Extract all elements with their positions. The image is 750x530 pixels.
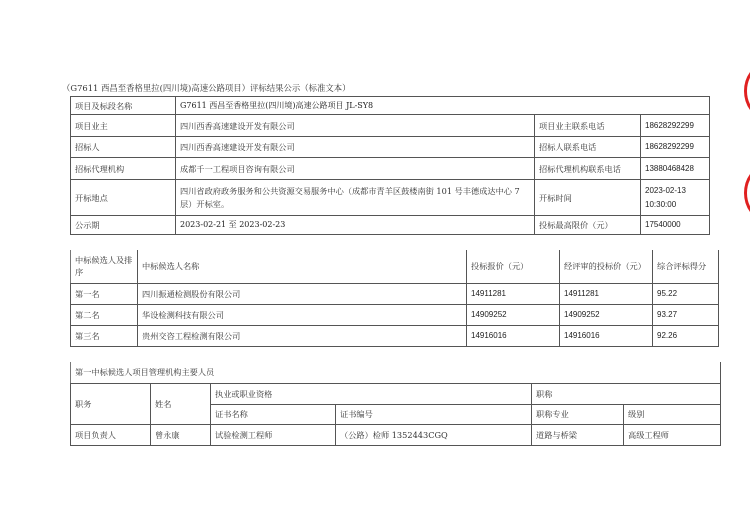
row-owner: 项目业主 四川西香高速建设开发有限公司 项目业主联系电话 18628292299 (71, 115, 710, 137)
owner-value: 四川西香高速建设开发有限公司 (176, 115, 535, 137)
person-level: 高级工程师 (624, 424, 721, 445)
row-project-name: 项目及标段名称 G7611 西昌至香格里拉(四川境)高速公路项目 JL-SY8 (71, 97, 710, 115)
candidate-score: 93.27 (653, 304, 719, 325)
candidate-reviewed: 14911281 (560, 283, 653, 304)
personnel-section-title: 第一中标候选人项目管理机构主要人员 (71, 362, 721, 383)
opening-place-label: 开标地点 (71, 180, 176, 216)
project-name-label: 项目及标段名称 (71, 97, 176, 115)
opening-time-value: 2023-02-13 10:30:00 (641, 180, 710, 216)
person-position: 项目负责人 (71, 424, 151, 445)
candidate-row: 第三名 贵州交咨工程检测有限公司 14916016 14916016 92.26 (71, 325, 719, 346)
col-name: 姓名 (151, 383, 211, 424)
project-name-value: G7611 西昌至香格里拉(四川境)高速公路项目 JL-SY8 (176, 97, 710, 115)
col-level: 级别 (624, 404, 721, 424)
personnel-section-row: 第一中标候选人项目管理机构主要人员 (71, 362, 721, 383)
candidate-name: 贵州交咨工程检测有限公司 (138, 325, 467, 346)
publicity-label: 公示期 (71, 216, 176, 235)
opening-time-label: 开标时间 (535, 180, 641, 216)
person-cert-no: （公路）检师 1352443CGQ (336, 424, 532, 445)
personnel-header-row-1: 职务 姓名 执业或职业资格 职称 (71, 383, 721, 404)
candidate-score: 92.26 (653, 325, 719, 346)
agency-phone-value: 13880468428 (641, 158, 710, 180)
official-seal-stamp (744, 58, 750, 124)
candidate-bid: 14916016 (467, 325, 560, 346)
opening-place-value: 四川省政府政务服务和公共资源交易服务中心（成都市青羊区鼓楼南街 101 号丰德成… (176, 180, 535, 216)
candidate-score: 95.22 (653, 283, 719, 304)
max-price-value: 17540000 (641, 216, 710, 235)
tenderer-label: 招标人 (71, 137, 176, 158)
tenderer-phone-label: 招标人联系电话 (535, 137, 641, 158)
official-seal-stamp (744, 160, 750, 226)
publicity-value: 2023-02-21 至 2023-02-23 (176, 216, 535, 235)
header-rank: 中标候选人及排序 (71, 250, 138, 283)
owner-label: 项目业主 (71, 115, 176, 137)
row-opening: 开标地点 四川省政府政务服务和公共资源交易服务中心（成都市青羊区鼓楼南街 101… (71, 180, 710, 216)
col-cert-name: 证书名称 (211, 404, 336, 424)
candidate-rank: 第二名 (71, 304, 138, 325)
header-reviewed: 经评审的投标价（元） (560, 250, 653, 283)
personnel-table: 第一中标候选人项目管理机构主要人员 职务 姓名 执业或职业资格 职称 证书名称 … (70, 362, 721, 446)
candidate-bid: 14909252 (467, 304, 560, 325)
document-title: （G7611 西昌至香格里拉(四川境)高速公路项目）评标结果公示（标准文本） (62, 82, 350, 94)
col-cert-no: 证书编号 (336, 404, 532, 424)
person-name: 曾永康 (151, 424, 211, 445)
opening-time-date: 2023-02-13 (645, 184, 705, 198)
max-price-label: 投标最高限价（元） (535, 216, 641, 235)
candidate-name: 四川振通检测股份有限公司 (138, 283, 467, 304)
candidates-header-row: 中标候选人及排序 中标候选人名称 投标报价（元） 经评审的投标价（元） 综合评标… (71, 250, 719, 283)
agency-phone-label: 招标代理机构联系电话 (535, 158, 641, 180)
row-tenderer: 招标人 四川西香高速建设开发有限公司 招标人联系电话 18628292299 (71, 137, 710, 158)
person-major: 道路与桥梁 (532, 424, 624, 445)
candidate-rank: 第三名 (71, 325, 138, 346)
person-cert-name: 试验检测工程师 (211, 424, 336, 445)
header-score: 综合评标得分 (653, 250, 719, 283)
tenderer-phone-value: 18628292299 (641, 137, 710, 158)
owner-phone-label: 项目业主联系电话 (535, 115, 641, 137)
owner-phone-value: 18628292299 (641, 115, 710, 137)
row-publicity: 公示期 2023-02-21 至 2023-02-23 投标最高限价（元） 17… (71, 216, 710, 235)
header-name: 中标候选人名称 (138, 250, 467, 283)
candidate-name: 华设检测科技有限公司 (138, 304, 467, 325)
header-bid: 投标报价（元） (467, 250, 560, 283)
project-info-table: 项目及标段名称 G7611 西昌至香格里拉(四川境)高速公路项目 JL-SY8 … (70, 96, 710, 235)
col-title-major: 职称专业 (532, 404, 624, 424)
candidates-table: 中标候选人及排序 中标候选人名称 投标报价（元） 经评审的投标价（元） 综合评标… (70, 250, 719, 347)
opening-time-clock: 10:30:00 (645, 198, 705, 212)
candidate-bid: 14911281 (467, 283, 560, 304)
tenderer-value: 四川西香高速建设开发有限公司 (176, 137, 535, 158)
agency-label: 招标代理机构 (71, 158, 176, 180)
col-title: 职称 (532, 383, 721, 404)
col-qualification: 执业或职业资格 (211, 383, 532, 404)
row-agency: 招标代理机构 成都千一工程项目咨询有限公司 招标代理机构联系电话 1388046… (71, 158, 710, 180)
candidate-rank: 第一名 (71, 283, 138, 304)
agency-value: 成都千一工程项目咨询有限公司 (176, 158, 535, 180)
candidate-reviewed: 14916016 (560, 325, 653, 346)
candidate-reviewed: 14909252 (560, 304, 653, 325)
personnel-row: 项目负责人 曾永康 试验检测工程师 （公路）检师 1352443CGQ 道路与桥… (71, 424, 721, 445)
col-position: 职务 (71, 383, 151, 424)
candidate-row: 第二名 华设检测科技有限公司 14909252 14909252 93.27 (71, 304, 719, 325)
candidate-row: 第一名 四川振通检测股份有限公司 14911281 14911281 95.22 (71, 283, 719, 304)
